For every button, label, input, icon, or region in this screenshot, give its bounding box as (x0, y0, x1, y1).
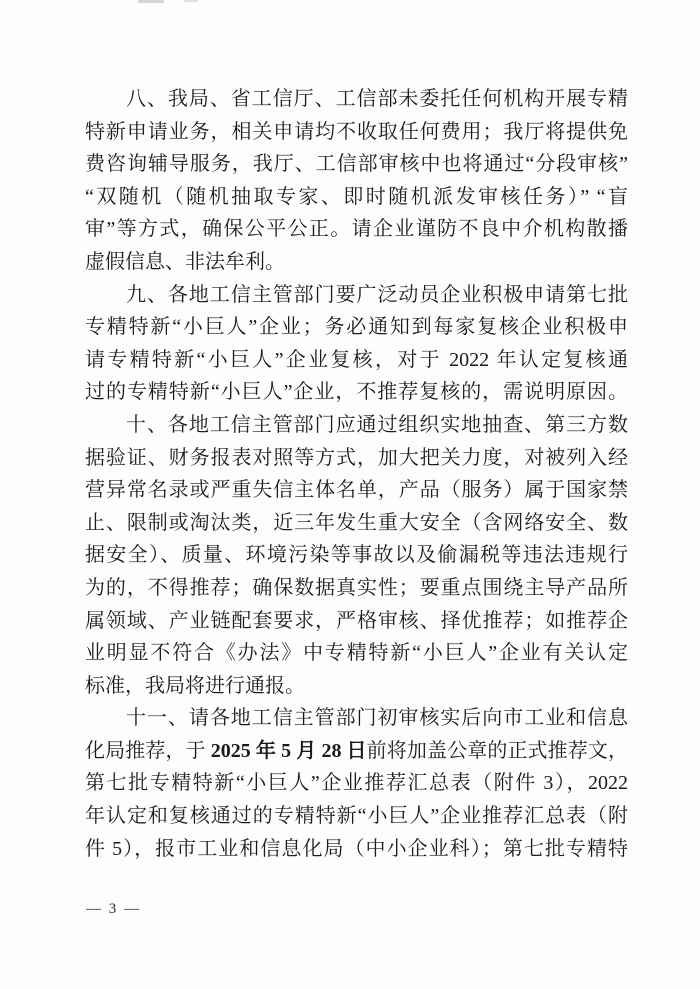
text-line: 年认定和复核通过的专精特新“小巨人”企业推荐汇总表（附 (85, 800, 628, 833)
scan-artifact (138, 0, 164, 3)
text-line: 业明显不符合《办法》中专精特新“小巨人”企业有关认定 (85, 637, 628, 670)
document-page: 八、我局、省工信厅、工信部未委托任何机构开展专精 特新申请业务，相关申请均不收取… (0, 0, 700, 989)
text-line: “双随机（随机抽取专家、即时随机派发审核任务）” “盲 (85, 181, 628, 214)
text-line: 请专精特新“小巨人”企业复核，对于 2022 年认定复核通 (85, 344, 628, 377)
text-line: 过的专精特新“小巨人”企业，不推荐复核的，需说明原因。 (85, 376, 628, 409)
text-line: 属领域、产业链配套要求，严格审核、择优推荐；如推荐企 (85, 605, 628, 638)
text-line: 标准，我局将进行通报。 (85, 670, 628, 703)
text-line: 八、我局、省工信厅、工信部未委托任何机构开展专精 (85, 83, 628, 116)
text-line: 特新申请业务，相关申请均不收取任何费用；我厅将提供免 (85, 116, 628, 149)
text-line: 件 5），报市工业和信息化局（中小企业科）；第七批专精特 (85, 833, 628, 866)
text-segment: 化局推荐，于 (85, 740, 211, 762)
text-line: 费咨询辅导服务，我厅、工信部审核中也将通过“分段审核” (85, 148, 628, 181)
text-line: 审”等方式，确保公平公正。请企业谨防不良中介机构散播 (85, 213, 628, 246)
text-line: 十一、请各地工信主管部门初审核实后向市工业和信息 (85, 702, 628, 735)
page-number: — 3 — (86, 901, 141, 918)
text-line: 据验证、财务报表对照等方式，加大把关力度，对被列入经 (85, 442, 628, 475)
text-segment: 前将加盖公章的正式推荐文， (367, 740, 628, 762)
bold-date: 2025 年 5 月 28 日 (211, 740, 367, 762)
scan-artifact (184, 0, 198, 2)
text-line: 营异常名录或严重失信主体名单，产品（服务）属于国家禁 (85, 474, 628, 507)
document-body: 八、我局、省工信厅、工信部未委托任何机构开展专精 特新申请业务，相关申请均不收取… (85, 83, 628, 865)
text-line: 十、各地工信主管部门应通过组织实地抽查、第三方数 (85, 409, 628, 442)
text-line: 为的，不得推荐；确保数据真实性；要重点围绕主导产品所 (85, 572, 628, 605)
text-line: 第七批专精特新“小巨人”企业推荐汇总表（附件 3），2022 (85, 767, 628, 800)
text-line: 虚假信息、非法牟利。 (85, 246, 628, 279)
text-line: 据安全）、质量、环境污染等事故以及偷漏税等违法违规行 (85, 539, 628, 572)
text-line: 九、各地工信主管部门要广泛动员企业积极申请第七批 (85, 279, 628, 312)
text-line: 专精特新“小巨人”企业；务必通知到每家复核企业积极申 (85, 311, 628, 344)
text-line: 止、限制或淘汰类，近三年发生重大安全（含网络安全、数 (85, 507, 628, 540)
text-line-date: 化局推荐，于 2025 年 5 月 28 日前将加盖公章的正式推荐文， (85, 735, 628, 768)
